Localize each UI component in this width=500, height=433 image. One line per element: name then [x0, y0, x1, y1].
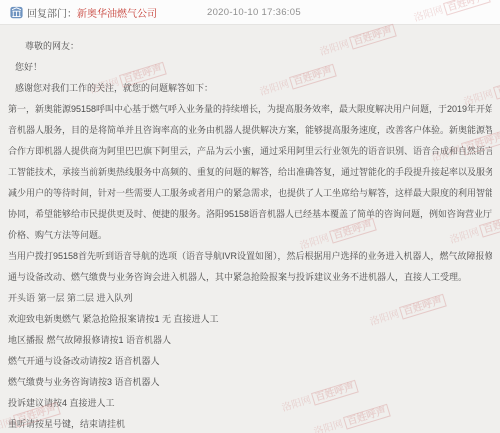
body-line: 第一，新奥能源95158呼叫中心基于燃气呼入业务量的持续增长，为提高服务效率，最…: [8, 99, 492, 120]
reply-header: 回复部门： 新奥华油燃气公司 2020-10-10 17:36:05: [0, 0, 500, 25]
body-line: 您好！: [8, 57, 492, 78]
body-line: 地区播报 燃气故障报修请按1 语音机器人: [8, 330, 492, 351]
body-line: 价格、购气方法等问题。: [8, 225, 492, 246]
body-line: 欢迎致电新奥燃气 紧急抢险报案请按1 无 直接进人工: [8, 309, 492, 330]
body-line: 投诉建议请按4 直接进人工: [8, 393, 492, 414]
body-line: 当用户拨打95158首先听到语音导航的选项（语音导航IVR设置如图），然后根据用…: [8, 246, 492, 267]
body-line: 音机器人服务，目的是将简单并且咨询率高的业务由机器人提供解决方案，能够提高服务速…: [8, 120, 492, 141]
body-line: 尊敬的网友：: [8, 36, 492, 57]
building-icon: [10, 6, 23, 19]
body-line: 感谢您对我们工作的关注，就您的问题解答如下：: [8, 78, 492, 99]
reply-dept-name: 新奥华油燃气公司: [77, 5, 157, 20]
body-line: 合作方即机器人提供商为阿里巴巴旗下阿里云，产品为云小蜜，通过采用阿里云行业领先的…: [8, 141, 492, 162]
body-line: 开头语 第一层 第二层 进入队列: [8, 288, 492, 309]
reply-page: 回复部门： 新奥华油燃气公司 2020-10-10 17:36:05 尊敬的网友…: [0, 0, 500, 433]
body-line: 工智能技术，承接当前新奥热线服务中高频的、重复的问题的解答，给出准确答复，通过智…: [8, 162, 492, 183]
reply-body: 尊敬的网友：您好！感谢您对我们工作的关注，就您的问题解答如下：第一，新奥能源95…: [0, 25, 500, 433]
body-line: 通与设备改动、燃气缴费与业务咨询会进入机器人，其中紧急抢险报案与投诉建议业务不进…: [8, 267, 492, 288]
body-line: 燃气缴费与业务咨询请按3 语音机器人: [8, 372, 492, 393]
body-line: 燃气开通与设备改动请按2 语音机器人: [8, 351, 492, 372]
reply-timestamp: 2020-10-10 17:36:05: [207, 7, 301, 18]
body-line: 协同，希望能够给市民提供更及时、便捷的服务。洛阳95158语音机器人已经基本覆盖…: [8, 204, 492, 225]
body-line: 重听请按星号键，结束请挂机: [8, 414, 492, 433]
body-line: 减少用户的等待时间，针对一些需要人工服务或者用户的紧急需求，也提供了人工坐席给与…: [8, 183, 492, 204]
reply-dept-label: 回复部门：: [27, 5, 77, 20]
